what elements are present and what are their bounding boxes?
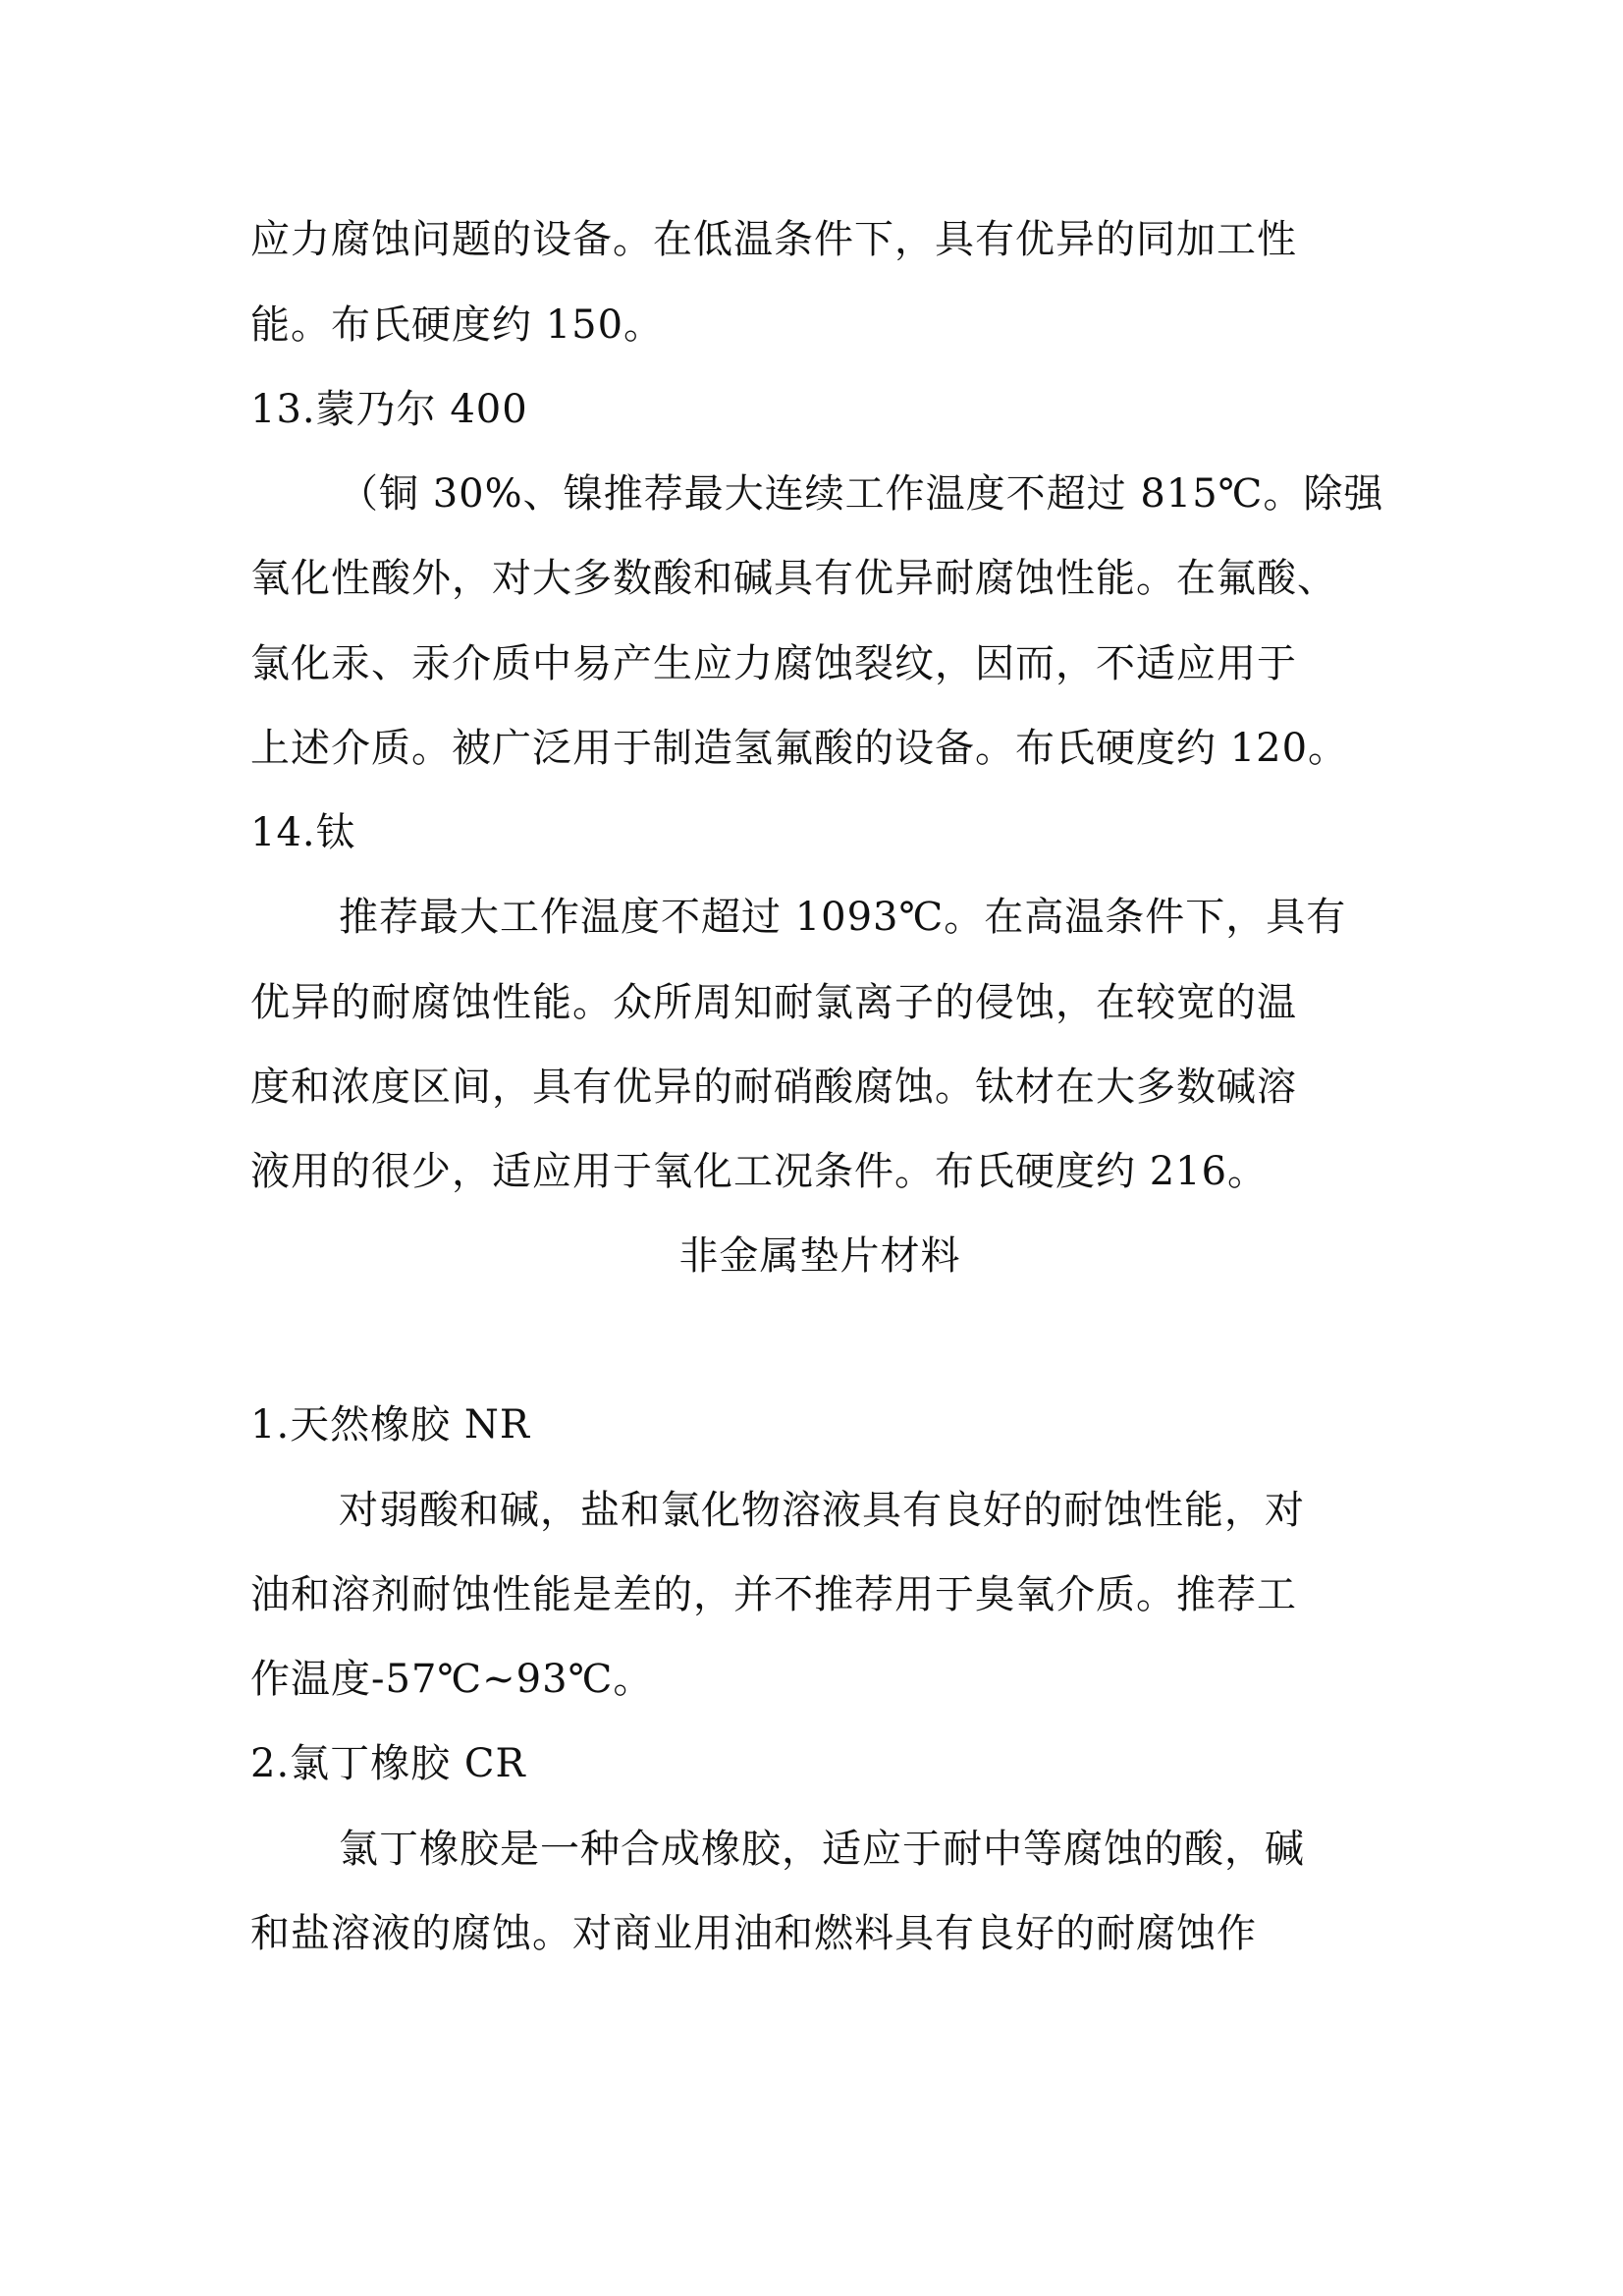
paragraph-line: 和盐溶液的腐蚀。对商业用油和燃料具有良好的耐腐蚀作 <box>250 1908 1389 1959</box>
paragraph-line: 度和浓度区间，具有优异的耐硝酸腐蚀。钛材在大多数碱溶 <box>250 1062 1389 1113</box>
paragraph-line: 氯丁橡胶是一种合成橡胶，适应于耐中等腐蚀的酸，碱 <box>339 1824 1389 1875</box>
section-title-nonmetal-gasket: 非金属垫片材料 <box>250 1230 1389 1282</box>
paragraph-line: 上述介质。被广泛用于制造氢氟酸的设备。布氏硬度约 120。 <box>250 723 1389 774</box>
paragraph-line: 液用的很少，适应用于氧化工况条件。布氏硬度约 216。 <box>250 1146 1389 1197</box>
document-page: 应力腐蚀问题的设备。在低温条件下，具有优异的同加工性 能。布氏硬度约 150。 … <box>0 0 1623 2296</box>
section-heading-monel-400: 13.蒙乃尔 400 <box>250 384 1389 435</box>
paragraph-line: 对弱酸和碱，盐和氯化物溶液具有良好的耐蚀性能，对 <box>339 1485 1389 1536</box>
paragraph-line: 氯化汞、汞介质中易产生应力腐蚀裂纹，因而，不适应用于 <box>250 638 1389 689</box>
paragraph-line: 应力腐蚀问题的设备。在低温条件下，具有优异的同加工性 <box>250 214 1389 265</box>
paragraph-line: 作温度-57℃~93℃。 <box>250 1654 1389 1705</box>
paragraph-line: 油和溶剂耐蚀性能是差的，并不推荐用于臭氧介质。推荐工 <box>250 1569 1389 1620</box>
section-heading-chloroprene-rubber: 2.氯丁橡胶 CR <box>250 1738 1389 1789</box>
paragraph-line: 优异的耐腐蚀性能。众所周知耐氯离子的侵蚀，在较宽的温 <box>250 977 1389 1028</box>
paragraph-line: 能。布氏硬度约 150。 <box>250 300 1389 351</box>
paragraph-line: 氧化性酸外，对大多数酸和碱具有优异耐腐蚀性能。在氟酸、 <box>250 553 1389 604</box>
section-heading-titanium: 14.钛 <box>250 807 1389 858</box>
paragraph-line: 推荐最大工作温度不超过 1093℃。在高温条件下，具有 <box>339 892 1389 943</box>
section-heading-natural-rubber: 1.天然橡胶 NR <box>250 1399 1389 1450</box>
paragraph-line: （铜 30%、镍推荐最大连续工作温度不超过 815℃。除强 <box>339 468 1389 519</box>
